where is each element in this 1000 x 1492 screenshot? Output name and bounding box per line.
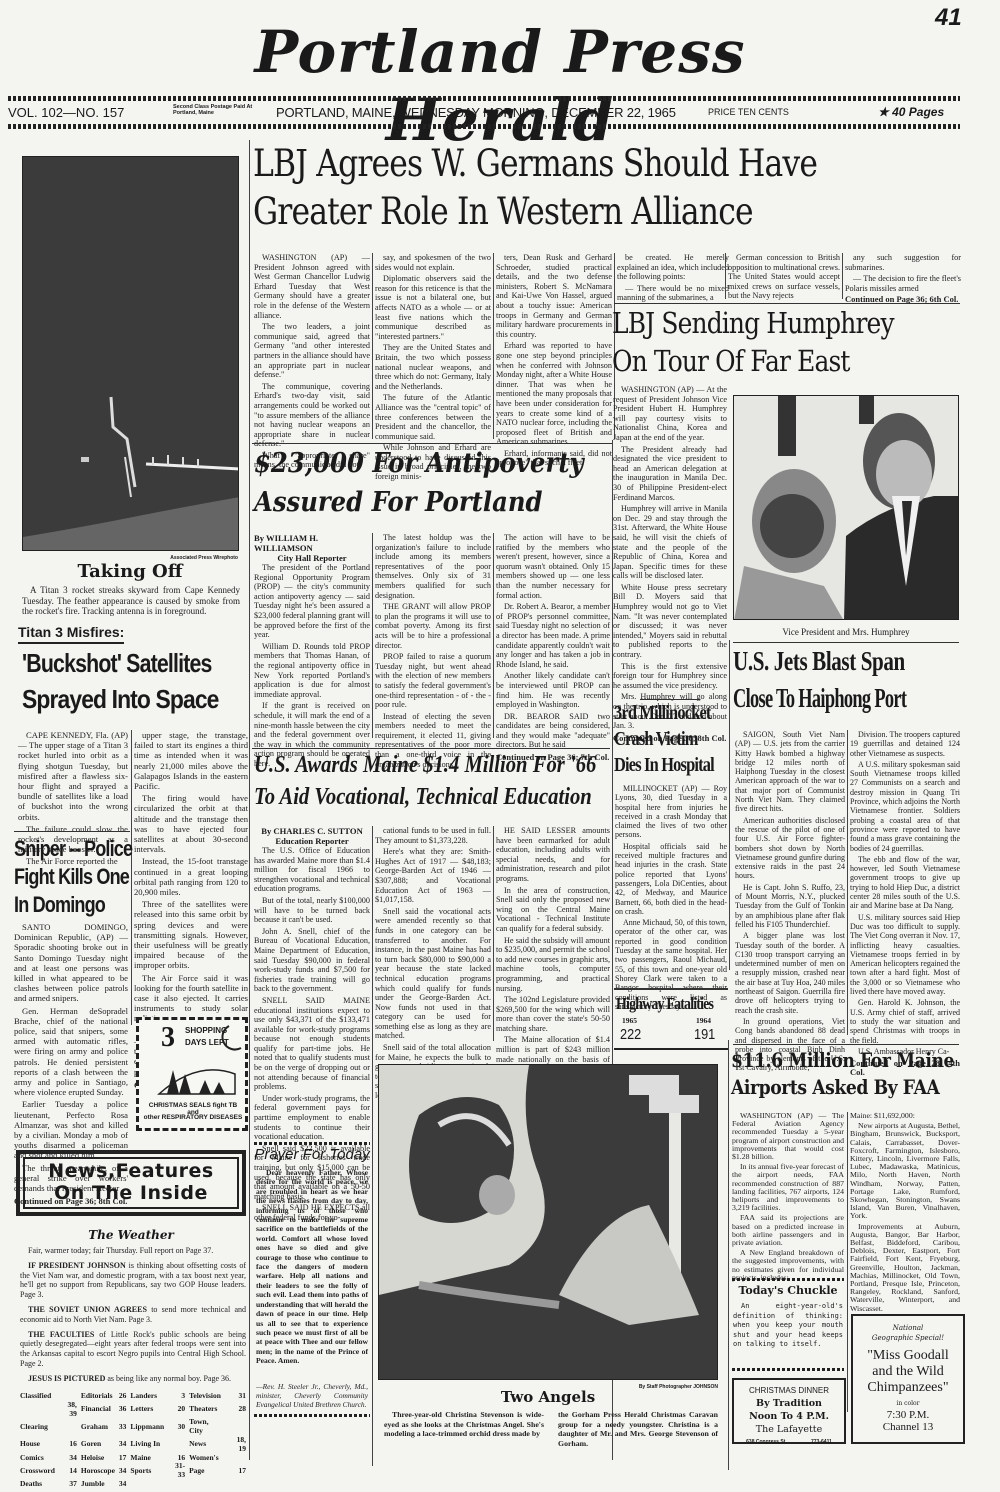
inside-body: Fair, warmer today; fair Thursday. Full … <box>20 1246 246 1389</box>
index-section: Crossword <box>18 1462 57 1480</box>
paragraph: WASHINGTON (AP) — At the request of Pres… <box>613 385 727 443</box>
index-page: 34 <box>57 1454 79 1463</box>
byline: By WILLIAM H. WILLIAMSON <box>254 533 370 553</box>
paragraph: American authorities disclosed the rescu… <box>735 816 845 881</box>
rocket-photo-title: Taking Off <box>20 561 240 582</box>
sniper-headline-1: Sniper -- Police <box>14 836 132 862</box>
antipoverty-col-1: By WILLIAM H. WILLIAMSON City Hall Repor… <box>254 533 370 770</box>
index-section: Graham <box>79 1418 117 1436</box>
paragraph: Improvements at Auburn, Augusta, Bangor,… <box>850 1223 960 1313</box>
index-page: 30 <box>166 1418 187 1436</box>
page-number: 41 <box>935 4 962 32</box>
buckshot-headline-2: Sprayed Into Space <box>22 684 219 715</box>
chuckle-title: Today's Chuckle <box>732 1284 844 1297</box>
weather-title: The Weather <box>16 1228 246 1242</box>
antipoverty-col-3: The action will have to be ratified by t… <box>496 533 610 763</box>
index-section: Town, City <box>187 1418 226 1436</box>
index-section <box>18 1401 57 1419</box>
index-page: 14 <box>57 1462 79 1480</box>
paragraph: Snell said the vocational acts were amen… <box>375 907 491 1041</box>
column-divider <box>847 730 848 1035</box>
nat-geo-channel: Channel 13 <box>853 1421 963 1433</box>
index-section: Horoscope <box>79 1462 117 1480</box>
faa-headline-1: $11.6 Million For Maine <box>731 1048 954 1072</box>
masthead-title: Portland Press Herald <box>200 18 800 154</box>
index-section: Classified <box>18 1392 57 1401</box>
faa-col-2: Maine: $11,692,000: New airports at Augu… <box>850 1112 960 1315</box>
index-page <box>226 1480 248 1489</box>
paragraph: ters, Dean Rusk and Gerhard Schroeder, s… <box>496 253 612 339</box>
section-rule <box>252 443 612 444</box>
column-divider <box>847 1112 848 1412</box>
paragraph: MILLINOCKET (AP) — Roy Lyons, 30, died T… <box>615 784 727 840</box>
humphrey-body: WASHINGTON (AP) — At the request of Pres… <box>613 385 727 743</box>
index-section: Heloise <box>79 1454 117 1463</box>
paragraph: Gen. Herman deSopradel Brache, chief of … <box>14 1006 128 1098</box>
prayer-signature: —Rev. H. Steeler Jr., Cheverly, Md., min… <box>256 1382 368 1409</box>
column-divider <box>372 826 373 1466</box>
index-row: Comics34Heloise17Maine16Women's <box>18 1454 248 1463</box>
paragraph: any such suggestion for submarines. <box>845 253 961 272</box>
column-divider <box>493 533 494 738</box>
inside-item-lead: THE SOVIET UNION AGREES <box>28 1305 147 1314</box>
page-count: ★ 40 Pages <box>878 105 944 119</box>
index-page: 28 <box>226 1401 248 1419</box>
two-angels-title: Two Angels <box>378 1388 718 1406</box>
two-angels-caption-1: Three-year-old Christina Stevenson is wi… <box>384 1410 544 1439</box>
index-page: 26 <box>117 1392 129 1401</box>
prayer-text: Dear heavenly Father, Whose desire for t… <box>256 1168 368 1366</box>
millinocket-headline-2: Crash Victim <box>614 728 698 751</box>
index-page: 37 <box>57 1480 79 1489</box>
nat-geo-ad[interactable]: National Geographic Special! "Miss Gooda… <box>851 1314 965 1444</box>
index-page <box>226 1418 248 1436</box>
christmas-seals-ad: 3 SHOPPING DAYS LEFT CHRISTMAS SEALS fig… <box>136 1017 248 1131</box>
paragraph: Division. The troopers captured 19 guerr… <box>850 730 960 758</box>
paragraph: White House press secretary Bill D. Moye… <box>613 583 727 660</box>
index-section: Living In <box>128 1436 166 1454</box>
section-rule <box>640 699 700 700</box>
fatalities-value-1964: 191 <box>694 1026 715 1043</box>
crescent-moon-icon <box>221 1024 243 1052</box>
index-section <box>128 1480 166 1489</box>
index-page <box>57 1418 79 1436</box>
faa-col-1: WASHINGTON (AP) — The Federal Aviation A… <box>732 1112 844 1284</box>
index-section: Editorials <box>79 1392 117 1401</box>
paragraph: Humphrey will arrive in Manila on Dec. 2… <box>613 504 727 581</box>
inside-item[interactable]: THE FACULTIES of Little Rock's public sc… <box>20 1330 246 1369</box>
index-page <box>166 1480 187 1489</box>
index-section: Landers <box>128 1392 166 1401</box>
index-page: 18, 19 <box>226 1436 248 1454</box>
paragraph: The 102nd Legislature provided $269,500 … <box>496 995 610 1033</box>
index-section: Lippmann <box>128 1418 166 1436</box>
paragraph: William D. Rounds told PROP members that… <box>254 642 370 700</box>
nat-geo-line-2: Geographic Special! <box>853 1334 963 1342</box>
paragraph: SNELL SAID MAINE educational institution… <box>254 996 370 1092</box>
nat-geo-time: 7:30 P.M. <box>853 1409 963 1421</box>
column-divider <box>372 533 373 738</box>
index-section: Deaths <box>18 1480 57 1489</box>
prayer-rule-top <box>254 1142 370 1145</box>
paragraph: New airports at Augusta, Bethel, Bingham… <box>850 1122 960 1220</box>
rocket-photo <box>22 156 239 551</box>
lbj-germans-col-5: German concession to British opposition … <box>728 253 840 303</box>
sniper-headline-3: In Domingo <box>14 892 105 918</box>
paragraph: DR. BEAROR SAID two candidates are being… <box>496 712 610 750</box>
index-page: 3 <box>166 1392 187 1401</box>
index-page: 34 <box>117 1436 129 1454</box>
paragraph: The two leaders, a joint communique said… <box>254 322 370 380</box>
rocket-launch-icon <box>23 157 239 551</box>
millinocket-headline-1: 3rd Millinocket <box>614 702 711 725</box>
paragraph: SANTO DOMINGO, Dominican Republic, (AP) … <box>14 922 128 1004</box>
weather-text: Fair, warmer today; fair Thursday. Full … <box>20 1246 246 1256</box>
index-section: Television <box>187 1392 226 1401</box>
index-row: 38, 39Financial36Letters20Theaters28 <box>18 1401 248 1419</box>
prayer-rule-bottom <box>254 1414 370 1417</box>
left-column-divider <box>249 140 250 1460</box>
inside-item[interactable]: THE SOVIET UNION AGREES to send more tec… <box>20 1305 246 1325</box>
lafayette-line-4: The Lafayette <box>734 1423 844 1436</box>
byline-title: Education Reporter <box>254 836 370 846</box>
paragraph: John A. Snell, chief of the Bureau of Vo… <box>254 927 370 994</box>
shopping-days-number: 3 <box>161 1022 175 1054</box>
paragraph: The president of the Portland Regional O… <box>254 563 370 640</box>
paragraph: This is the first extensive foreign tour… <box>613 662 727 691</box>
index-page: 17 <box>226 1462 248 1480</box>
two-angels-photo <box>378 1064 718 1380</box>
paragraph: Erhard was reported to have gone one ste… <box>496 341 612 447</box>
paragraph: HE SAID LESSER amounts have been earmark… <box>496 826 610 884</box>
column-divider <box>728 1040 729 1470</box>
paragraph: upper stage, the transtage, failed to st… <box>134 730 248 791</box>
index-page: 16 <box>57 1436 79 1454</box>
paragraph: They are the United States and Britain, … <box>375 343 491 391</box>
index-page: 31 <box>226 1392 248 1401</box>
lbj-germans-headline-1: LBJ Agrees W. Germans Should Have <box>253 142 817 185</box>
index-page: 38, 39 <box>57 1401 79 1419</box>
vocational-col-3: HE SAID LESSER amounts have been earmark… <box>496 826 610 1085</box>
paragraph: The communique, covering Erhard's two-da… <box>254 382 370 449</box>
section-rule <box>733 642 959 643</box>
section-rule <box>733 1044 959 1045</box>
lbj-germans-col-6: any such suggestion for submarines. — Th… <box>845 253 961 305</box>
section-rule <box>14 831 130 832</box>
column-body: The president of the Portland Regional O… <box>254 563 370 768</box>
two-angels-caption-2: the Gorham Press Herald Christmas Carava… <box>558 1410 718 1448</box>
paragraph: In its annual five-year forecast of the … <box>732 1163 844 1212</box>
paragraph: WASHINGTON (AP) — The Federal Aviation A… <box>732 1112 844 1161</box>
volume-number: VOL. 102—NO. 157 <box>8 105 124 120</box>
paragraph: He said the subsidy will amount to $235,… <box>496 936 610 994</box>
paragraph: The President already had designated the… <box>613 445 727 503</box>
postage-note: Second Class Postage Paid At Portland, M… <box>173 104 263 116</box>
paragraph: WASHINGTON (AP) — President Johnson agre… <box>254 253 370 320</box>
fatalities-box: Highway Fatalities 1965 1964 222 191 <box>614 992 728 1050</box>
masthead-info-bar: VOL. 102—NO. 157 Second Class Postage Pa… <box>8 104 960 122</box>
paragraph: A bigger plane was lost Tuesday south of… <box>735 931 845 1015</box>
paragraph: In the area of construction, Snell said … <box>496 886 610 934</box>
lafayette-contact: 638 Congress St. 773-6411 <box>734 1436 844 1449</box>
lbj-germans-headline-2: Greater Role In Western Alliance <box>253 190 753 233</box>
masthead-rule-top <box>8 96 960 101</box>
jets-col-1: SAIGON, South Viet Nam (AP) — U.S. jets … <box>735 730 845 1075</box>
index-page <box>166 1436 187 1454</box>
index-section: Jumble <box>79 1480 117 1489</box>
paragraph: FAA said its projections are based on a … <box>732 1214 844 1247</box>
index-section: Maine <box>128 1454 166 1463</box>
millinocket-headline-3: Dies In Hospital <box>614 754 714 777</box>
index-page: 17 <box>117 1454 129 1463</box>
paragraph: But of the total, nearly $100,000 will h… <box>254 896 370 925</box>
millinocket-body: MILLINOCKET (AP) — Roy Lyons, 30, died T… <box>615 784 727 1013</box>
index-section: Sports <box>128 1462 166 1480</box>
paragraph: Gen. Harold K. Johnson, the U.S. Army ch… <box>850 998 960 1044</box>
column-divider <box>729 640 730 970</box>
inside-item-lead: IF PRESIDENT JOHNSON <box>28 1261 126 1270</box>
price: PRICE TEN CENTS <box>708 107 789 117</box>
column-divider <box>372 253 373 439</box>
lafayette-line-1: CHRISTMAS DINNER <box>734 1384 844 1397</box>
buckshot-headline-1: 'Buckshot' Satellites <box>22 648 212 679</box>
vocational-headline-1: U.S. Awards Maine $1.4 Million For '66 <box>254 752 596 779</box>
column-divider <box>842 253 843 299</box>
rocket-photo-caption: A Titan 3 rocket streaks skyward from Ca… <box>22 585 240 617</box>
paragraph: be created. He merely explained an idea,… <box>617 253 729 282</box>
vocational-headline-2: To Aid Vocational, Technical Education <box>254 784 592 811</box>
lafayette-line-3: Noon To 4 P.M. <box>734 1410 844 1423</box>
inside-item-text: as being like any normal boy. Page 36. <box>105 1374 231 1383</box>
buckshot-kicker: Titan 3 Misfires: <box>18 624 124 644</box>
section-rule <box>252 748 610 749</box>
byline-title: City Hall Reporter <box>254 553 370 563</box>
section-rule <box>614 303 960 304</box>
chuckle-rule-top <box>732 1278 844 1281</box>
trees-icon <box>157 1060 237 1096</box>
paragraph: cational funds to be used in full. They … <box>375 826 491 845</box>
antipoverty-headline-2: Assured For Portland <box>254 487 542 518</box>
column-body: The U.S. Office of Education has awarded… <box>254 846 370 1223</box>
paragraph: The future of the Atlantic Alliance was … <box>375 393 491 441</box>
chuckle-text: An eight-year-old's definition of thinki… <box>733 1302 843 1350</box>
nat-geo-title-2: and the Wild <box>853 1364 963 1380</box>
inside-item-lead: THE FACULTIES <box>28 1330 94 1339</box>
paragraph: Under work-study programs, the federal g… <box>254 1094 370 1142</box>
lafayette-ad[interactable]: CHRISTMAS DINNER By Tradition Noon To 4 … <box>732 1378 846 1444</box>
index-section: Goren <box>79 1436 117 1454</box>
paragraph: A U.S. military spokesman said South Vie… <box>850 760 960 853</box>
inside-banner-line-2: On The Inside <box>20 1182 242 1204</box>
index-page: 36 <box>117 1401 129 1419</box>
prayer-title: Prayer For Today <box>254 1146 370 1163</box>
humphrey-headline-1: LBJ Sending Humphrey <box>612 306 894 340</box>
index-section: Women's <box>187 1454 226 1463</box>
paragraph: The latest holdup was the organization's… <box>375 533 491 600</box>
inside-banner: News,Features On The Inside <box>16 1150 246 1216</box>
column-divider <box>493 253 494 439</box>
index-section <box>187 1480 226 1489</box>
paragraph: The ebb and flow of the war, however, le… <box>850 855 960 911</box>
paragraph: Dr. Robert A. Bearor, a member of PROP's… <box>496 602 610 669</box>
inside-banner-line-1: News,Features <box>20 1160 242 1182</box>
inside-index-table: ClassifiedEditorials26Landers3Television… <box>18 1392 248 1489</box>
lbj-germans-col-3: ters, Dean Rusk and Gerhard Schroeder, s… <box>496 253 612 470</box>
fatalities-value-1965: 222 <box>620 1026 641 1043</box>
paragraph: The firing would have circularized the o… <box>134 793 248 854</box>
index-row: Deaths37Jumble34 <box>18 1480 248 1489</box>
nat-geo-line-1: National <box>853 1324 963 1332</box>
humphrey-headline-2: On Tour Of Far East <box>612 344 850 378</box>
lbj-germans-col-1: WASHINGTON (AP) — President Johnson agre… <box>254 253 370 472</box>
paragraph: Diplomatic observers said the reason for… <box>375 274 491 341</box>
paragraph: Three of the satellites were released in… <box>134 899 248 970</box>
paragraph: Maine: $11,692,000: <box>850 1112 960 1120</box>
index-row: ClearingGraham33Lippmann30Town, City <box>18 1418 248 1436</box>
nat-geo-in-color: in color <box>853 1400 963 1407</box>
paragraph: Instead, the 15-foot transtage continued… <box>134 856 248 897</box>
lafayette-phone: 773-6411 <box>811 1436 832 1449</box>
index-page: 34 <box>117 1462 129 1480</box>
index-section: Letters <box>128 1401 166 1419</box>
lbj-germans-col-4: be created. He merely explained an idea,… <box>617 253 729 305</box>
nat-geo-title-3: Chimpanzees" <box>853 1380 963 1396</box>
paragraph: The U.S. Office of Education has awarded… <box>254 846 370 894</box>
paragraph: — The decision to fire the fleet's Polar… <box>845 274 961 293</box>
child-with-angel-icon <box>379 1065 718 1380</box>
column-divider <box>725 253 726 299</box>
lafayette-line-2: By Tradition <box>734 1397 844 1410</box>
nat-geo-title-1: "Miss Goodall <box>853 1348 963 1364</box>
index-page <box>226 1454 248 1463</box>
jets-col-2: Division. The troopers captured 19 guerr… <box>850 730 960 1078</box>
antipoverty-col-2: The latest holdup was the organization's… <box>375 533 491 771</box>
fatalities-year-1965: 1965 <box>622 1016 637 1025</box>
humphrey-photo <box>733 395 959 620</box>
paragraph: The action will have to be ratified by t… <box>496 533 610 600</box>
index-row: Crossword14Horoscope34Sports31-33Page17 <box>18 1462 248 1480</box>
index-section: House <box>18 1436 57 1454</box>
index-section: Theaters <box>187 1401 226 1419</box>
jets-headline-2: Close To Haiphong Port <box>733 683 906 714</box>
index-page: 34 <box>117 1480 129 1489</box>
fatalities-year-1964: 1964 <box>696 1016 711 1025</box>
inside-item-lead: JESUS IS PICTURED <box>28 1374 105 1383</box>
column-divider <box>493 826 494 1041</box>
jets-headline-1: U.S. Jets Blast Span <box>733 646 905 677</box>
vocational-col-2: cational funds to be used in full. They … <box>375 826 491 1103</box>
vocational-col-1: By CHARLES C. SUTTON Education Reporter … <box>254 826 370 1225</box>
paragraph: THE GRANT will allow PROP to plan the pr… <box>375 602 491 650</box>
faa-headline-2: Airports Asked By FAA <box>731 1075 939 1099</box>
paragraph: PROP failed to raise a quorum Tuesday ni… <box>375 652 491 710</box>
paragraph: say, and spokesmen of the two sides woul… <box>375 253 491 272</box>
index-page: 33 <box>117 1418 129 1436</box>
index-section: News <box>187 1436 226 1454</box>
paragraph: Here's what they are: Smith-Hughes Act o… <box>375 847 491 905</box>
index-page: 31-33 <box>166 1462 187 1480</box>
humphrey-photo-caption: Vice President and Mrs. Humphrey <box>733 627 959 637</box>
index-section: Financial <box>79 1401 117 1419</box>
chuckle-rule-bottom <box>732 1368 844 1371</box>
paragraph: U.S. military sources said Hiep Duc was … <box>850 913 960 997</box>
index-row: ClassifiedEditorials26Landers3Television… <box>18 1392 248 1401</box>
byline: By CHARLES C. SUTTON <box>254 826 370 836</box>
masthead-rule-bottom <box>8 124 960 129</box>
paragraph: German concession to British opposition … <box>728 253 840 301</box>
paragraph: He is Capt. John S. Ruffo, 23, of Mount … <box>735 883 845 929</box>
paragraph: Hospital officials said he received mult… <box>615 842 727 916</box>
paragraph: Another likely candidate can't be interv… <box>496 671 610 709</box>
vice-president-portrait-icon <box>734 396 959 620</box>
dateline: PORTLAND, MAINE, WEDNESDAY MORNING, DECE… <box>276 105 676 120</box>
inside-item[interactable]: JESUS IS PICTURED as being like any norm… <box>20 1374 246 1384</box>
lafayette-address: 638 Congress St. <box>746 1436 787 1449</box>
column-divider <box>131 730 132 1025</box>
antipoverty-headline-1: $23,000 For Antipoverty <box>254 448 584 479</box>
index-page: 20 <box>166 1401 187 1419</box>
index-section: Page <box>187 1462 226 1480</box>
index-section: Clearing <box>18 1418 57 1436</box>
fatalities-title: Highway Fatalities <box>616 994 713 1014</box>
inside-item[interactable]: IF PRESIDENT JOHNSON is thinking about o… <box>20 1261 246 1300</box>
index-section: Comics <box>18 1454 57 1463</box>
seals-line-2: other RESPIRATORY DISEASES <box>143 1114 243 1121</box>
index-row: House16Goren34Living InNews18, 19 <box>18 1436 248 1454</box>
sniper-headline-2: Fight Kills One <box>14 864 129 890</box>
section-rule <box>614 988 728 990</box>
paragraph: CAPE KENNEDY, Fla. (AP) — The upper stag… <box>18 730 128 822</box>
paragraph: SAIGON, South Viet Nam (AP) — U.S. jets … <box>735 730 845 814</box>
paragraph: — There would be no mixed manning of the… <box>617 284 729 303</box>
